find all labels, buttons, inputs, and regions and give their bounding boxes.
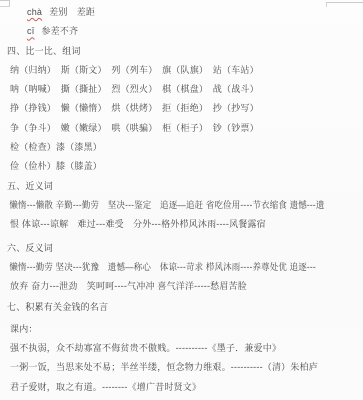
word-pairs-line: 俭（俭朴）膝（膝盖） [0,157,363,176]
antonyms-line: 放弃 奋力---泄劲 笑呵呵----气冲冲 喜气洋洋-----愁眉苦脸 [0,277,363,296]
pinyin-words: 差别 差距 [49,7,95,17]
section-heading-antonyms: 六、反义词 [0,239,363,258]
pinyin-words: 参差不齐 [41,26,78,36]
pinyin-syllable: chà [27,7,42,17]
quote-line: 强不执弱，众不劫寡富不侮贫贵不傲贱。----------《墨子．兼爱中》 [0,339,363,358]
quote-line: 君子爱财，取之有道。--------《增广昔时贤文》 [0,378,363,397]
synonyms-line: 懒惰---懒散 辛勤---勤劳 坚决---鉴定 追逐—追赶 省吃俭用----节衣… [0,196,341,215]
pinyin-syllable: cī [27,26,34,36]
quote-line: 一粥一饭，当思来处不易；半丝半缕，恒念物力维艰。----------（清）朱柏庐 [0,358,363,377]
word-pairs-line: 纳（归纳） 斯（斯文） 列（列车） 旗（队旗） 站（车站） [0,61,363,80]
synonyms-line: 恨 体谅---谅解 难过---难受 分外---格外栉风沐雨----风餐露宿 [0,215,363,234]
word-pairs-line: 呐（呐喊） 撕（撕扯） 烈（烈火） 棋（棋盘） 战（战斗） [0,80,363,99]
document-page: chà差别 差距 cī参差不齐 四、比一比、组词 纳（归纳） 斯（斯文） 列（列… [0,0,363,400]
course-label: 课内： [0,320,363,339]
section-heading-money-sayings: 七、积累有关金钱的名言 [0,298,363,317]
pinyin-line: cī参差不齐 [0,22,363,41]
document-content: chà差别 差距 cī参差不齐 四、比一比、组词 纳（归纳） 斯（斯文） 列（列… [0,0,363,397]
word-pairs-line: 争（争斗） 嫩（嫩绿） 哄（哄骗） 柜（柜子） 钞（钞票） [0,119,363,138]
page-border-fragment-right [326,2,363,7]
word-pairs-line: 挣（挣钱） 懒（懒惰） 烘（烘烤） 拒（拒绝） 抄（抄写） [0,99,363,118]
page-border-fragment-left [0,0,10,7]
section-heading-compare-words: 四、比一比、组词 [0,42,363,61]
antonyms-line: 懒惰---勤劳 坚决---犹豫 遗憾—称心 体谅---苛求 栉风沐雨----养尊… [0,258,341,277]
section-heading-synonyms: 五、近义词 [0,177,363,196]
pinyin-line: chà差别 差距 [0,3,363,22]
word-pairs-line: 检（检查）漆（漆黑） [0,138,363,157]
